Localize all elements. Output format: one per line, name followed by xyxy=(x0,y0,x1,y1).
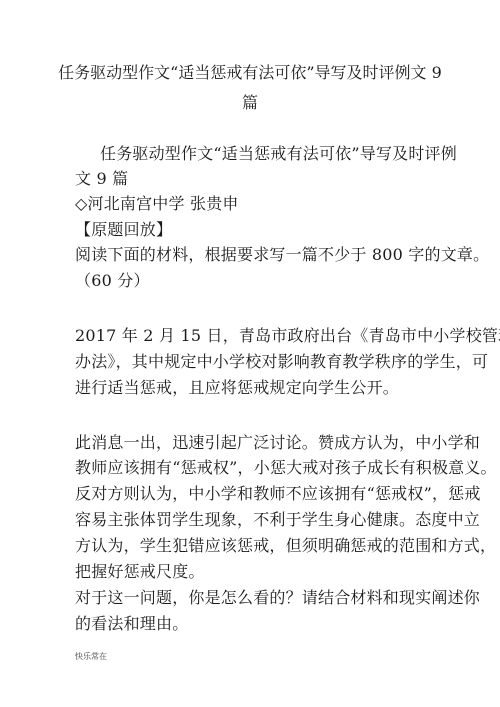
body-text-line: 【原题回放】 xyxy=(75,219,172,241)
body-text-line: 对于这一问题，你是怎么看的？请结合材料和现实阐述你 xyxy=(75,587,480,609)
document-title-line1: 任务驱动型作文“适当惩戒有法可依”导写及时评例文 9 xyxy=(0,58,500,88)
body-text-line: ◇河北南宫中学 张贵申 xyxy=(75,193,239,215)
body-text-line: 阅读下面的材料，根据要求写一篇不少于 800 字的文章。 xyxy=(75,244,489,266)
body-text-line: （60 分） xyxy=(75,270,150,292)
page-footer: 快乐常在 xyxy=(75,652,107,662)
body-text-line: 把握好惩戒尺度。 xyxy=(75,561,205,583)
body-text-line: 方认为，学生犯错应该惩戒，但须明确惩戒的范围和方式， xyxy=(75,535,496,557)
body-text-line: 进行适当惩戒，且应将惩戒规定向学生公开。 xyxy=(75,377,399,399)
body-text-line: 教师应该拥有“惩戒权”，小惩大戒对孩子成长有积极意义。 xyxy=(75,457,497,479)
body-text-line: 容易主张体罚学生现象，不利于学生身心健康。态度中立 xyxy=(75,509,480,531)
body-text-line: 2017 年 2 月 15 日，青岛市政府出台《青岛市中小学校管理 xyxy=(75,325,500,347)
document-title-line2: 篇 xyxy=(0,88,500,118)
body-text-line: 反对方则认为，中小学和教师不应该拥有“惩戒权”，惩戒 xyxy=(75,483,481,505)
body-text-line: 此消息一出，迅速引起广泛讨论。赞成方认为，中小学和 xyxy=(75,432,480,454)
body-text-line: 的看法和理由。 xyxy=(75,613,188,635)
body-text-line: 文 9 篇 xyxy=(75,168,128,190)
body-text-line: 任务驱动型作文“适当惩戒有法可依”导写及时评例 xyxy=(100,143,457,165)
body-text-line: 办法》，其中规定中小学校对影响教育教学秩序的学生，可 xyxy=(75,351,488,373)
